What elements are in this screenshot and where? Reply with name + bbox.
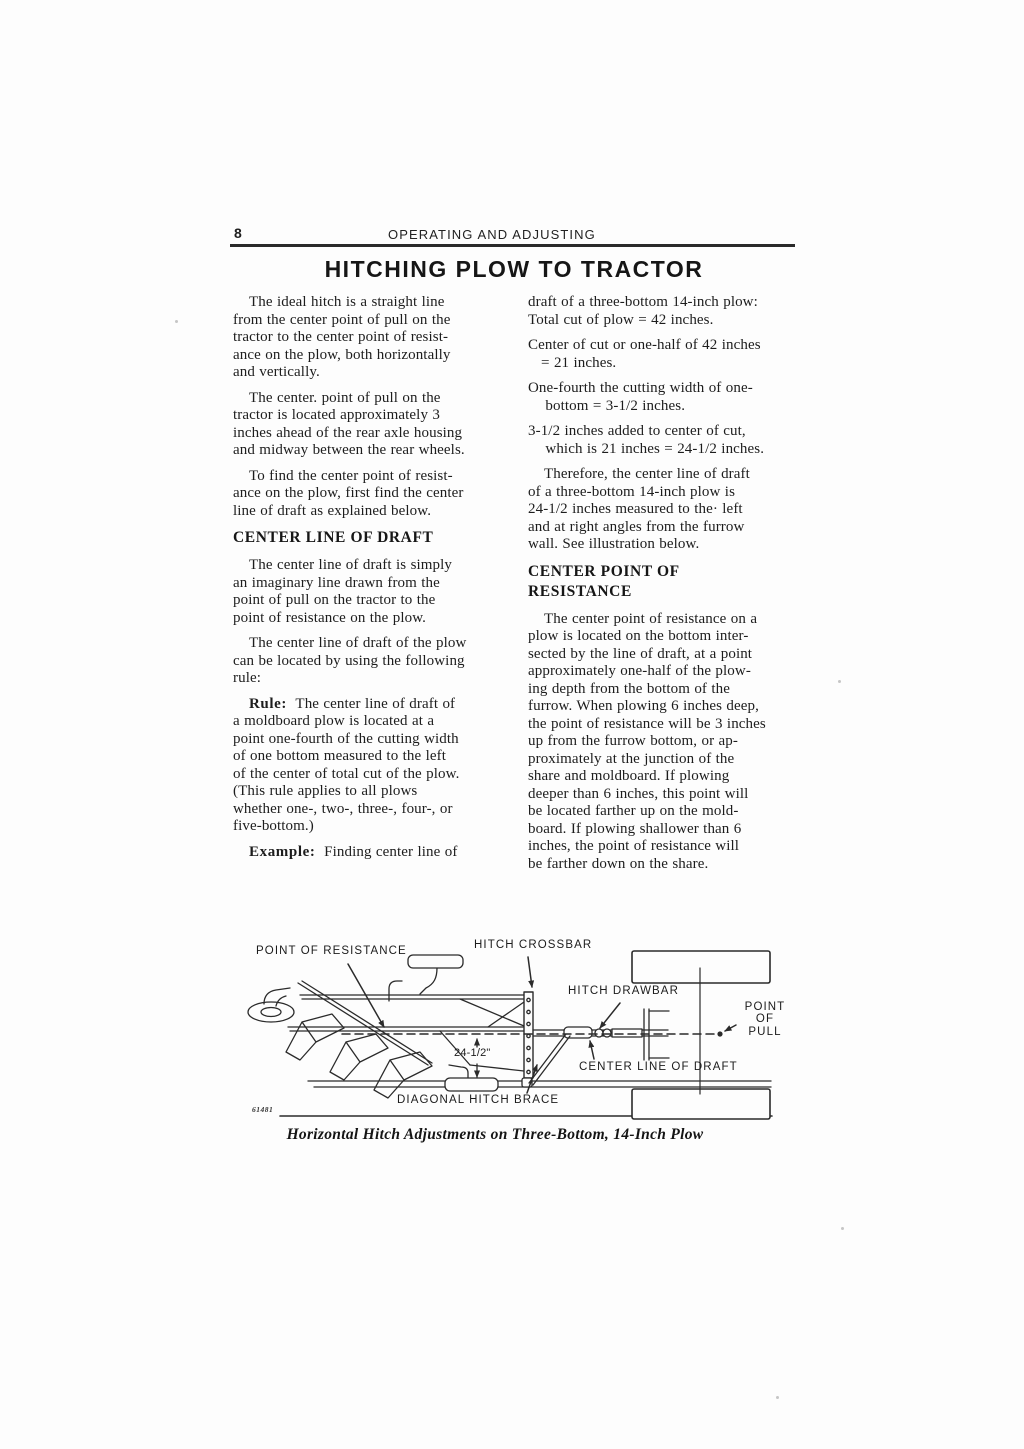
- paragraph-resistance-location: The center point of resistance on a plow…: [528, 611, 802, 874]
- rule-label: Rule:: [249, 696, 287, 712]
- label-point-of-resistance: POINT OF RESISTANCE: [256, 945, 407, 957]
- tractor-wheel-top: [632, 951, 770, 983]
- calc-one-fourth: One-fourth the cutting width of one- bot…: [528, 380, 802, 415]
- example-text: Finding center line of: [315, 844, 457, 860]
- paragraph-example: Example: Finding center line of: [233, 844, 505, 862]
- right-column: draft of a three-bottom 14-inch plow: To…: [528, 294, 802, 881]
- scan-speck: [175, 320, 178, 323]
- paragraph-example-continued: draft of a three-bottom 14-inch plow: To…: [528, 294, 802, 329]
- header-rule: [230, 244, 795, 247]
- page-title: HITCHING PLOW TO TRACTOR: [233, 256, 795, 283]
- hitch-drawbar-arrow: [600, 1003, 620, 1028]
- hitch-drawbar-shape: [533, 1027, 668, 1038]
- rule-text: The center line of draft of a moldboard …: [233, 696, 459, 835]
- left-column: The ideal hitch is a straight line from …: [233, 294, 505, 869]
- paragraph-therefore: Therefore, the center line of draft of a…: [528, 466, 802, 554]
- section-heading-center-point-of-resistance: CENTER POINT OF RESISTANCE: [528, 562, 802, 602]
- paragraph-rule: Rule: The center line of draft of a mold…: [233, 696, 505, 836]
- diagonal-hitch-brace-shape: [529, 1034, 570, 1085]
- figure-number: 61481: [252, 1105, 273, 1114]
- page-number: 8: [234, 225, 242, 241]
- plow-frame-box-top: [408, 955, 463, 968]
- label-hitch-crossbar: HITCH CROSSBAR: [474, 939, 592, 951]
- furrow-wheel: [248, 988, 294, 1022]
- section-heading-center-line-of-draft: CENTER LINE OF DRAFT: [233, 528, 505, 548]
- manual-page: 8 OPERATING AND ADJUSTING HITCHING PLOW …: [0, 0, 1024, 1449]
- label-dimension-24-half: 24-1/2": [454, 1047, 491, 1059]
- calc-added: 3-1/2 inches added to center of cut, whi…: [528, 423, 802, 458]
- hitch-crossbar-shape: [522, 992, 533, 1087]
- example-label: Example:: [249, 844, 315, 860]
- label-center-line-of-draft: CENTER LINE OF DRAFT: [579, 1061, 738, 1073]
- label-point-of-pull: POINT OF PULL: [733, 1001, 797, 1038]
- figure-caption: Horizontal Hitch Adjustments on Three-Bo…: [233, 1126, 757, 1144]
- scan-speck: [838, 680, 841, 683]
- tractor-wheel-bottom: [632, 1089, 770, 1119]
- paragraph-find-resistance: To find the center point of resist- ance…: [233, 468, 505, 521]
- calc-center-of-cut: Center of cut or one-half of 42 inches =…: [528, 337, 802, 372]
- scan-speck: [841, 1227, 844, 1230]
- plow-frame-box-bottom: [445, 1078, 498, 1091]
- paragraph-imaginary-line: The center line of draft is simply an im…: [233, 557, 505, 627]
- center-line-of-draft-arrow: [590, 1041, 594, 1059]
- paragraph-rule-intro: The center line of draft of the plow can…: [233, 635, 505, 688]
- paragraph-center-point-of-pull: The center. point of pull on the tractor…: [233, 390, 505, 460]
- point-of-pull-dot: [717, 1031, 722, 1036]
- running-header: OPERATING AND ADJUSTING: [388, 227, 596, 242]
- lift-pipe: [389, 981, 402, 1001]
- diagram: POINT OF RESISTANCE HITCH CROSSBAR HITCH…: [228, 926, 800, 1128]
- paragraph-ideal-hitch: The ideal hitch is a straight line from …: [233, 294, 505, 382]
- hitch-crossbar-arrow: [528, 957, 532, 987]
- label-diagonal-hitch-brace: DIAGONAL HITCH BRACE: [397, 1094, 559, 1106]
- scan-speck: [776, 1396, 779, 1399]
- label-hitch-drawbar: HITCH DRAWBAR: [568, 985, 679, 997]
